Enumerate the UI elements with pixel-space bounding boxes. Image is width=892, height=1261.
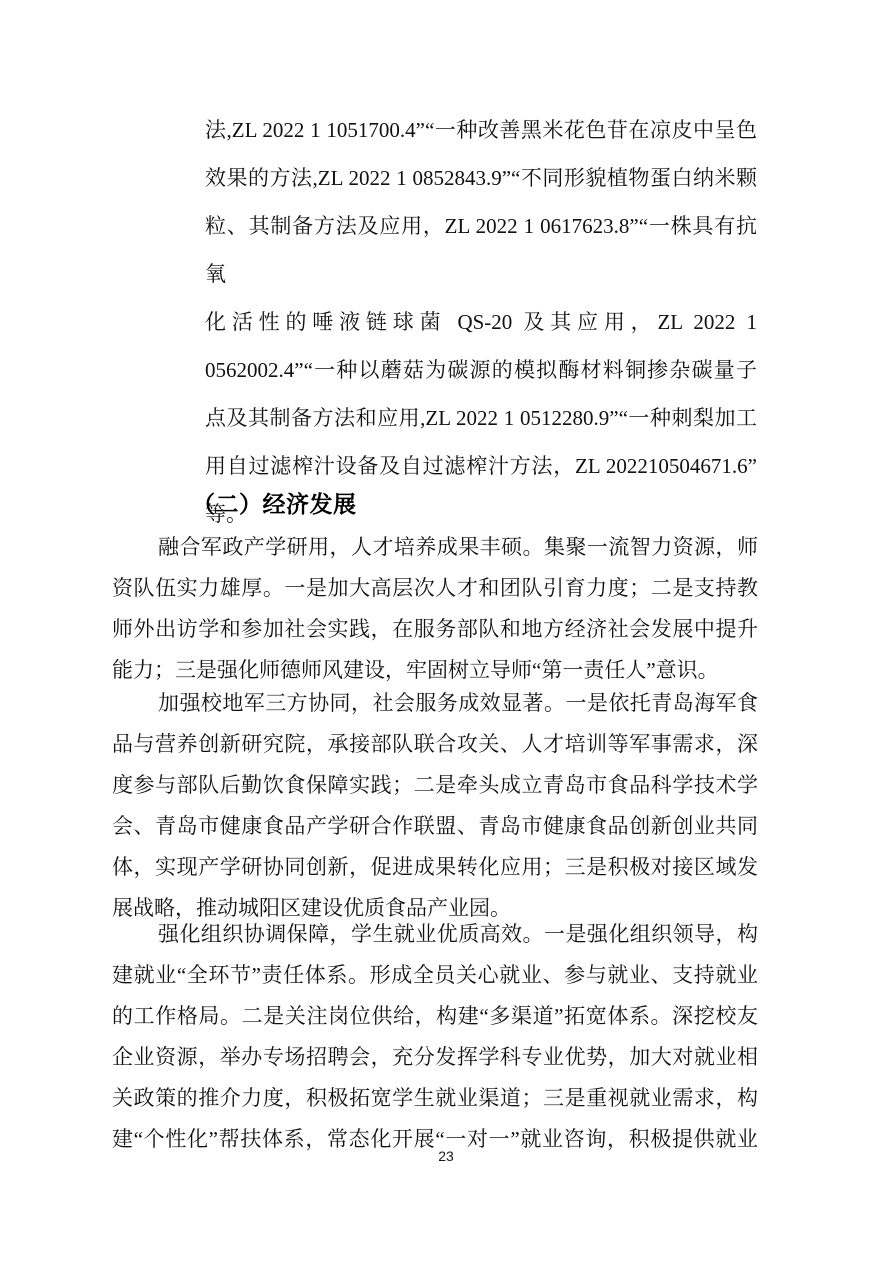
body-paragraph: 加强校地军三方协同，社会服务成效显著。一是依托青岛海军食 品与营养创新研究院，承…: [112, 683, 758, 929]
text-line: 加强校地军三方协同，社会服务成效显著。一是依托青岛海军食: [112, 683, 758, 724]
text-line: 会、青岛市健康食品产学研合作联盟、青岛市健康食品创新创业共同: [112, 806, 758, 847]
document-page: 法,ZL 2022 1 1051700.4”“一种改善黑米花色苷在凉皮中呈色 效…: [0, 0, 892, 1261]
text-line: 的工作格局。二是关注岗位供给，构建“多渠道”拓宽体系。深挖校友: [112, 996, 758, 1037]
text-line: 融合军政产学研用，人才培养成果丰硕。集聚一流智力资源，师: [112, 527, 758, 568]
text-line: 用自过滤榨汁设备及自过滤榨汁方法，ZL 202210504671.6”: [205, 442, 757, 490]
text-line: 关政策的推介力度，积极拓宽学生就业渠道；三是重视就业需求，构: [112, 1078, 758, 1119]
text-line: 化活性的唾液链球菌 QS-20 及其应用，ZL 2022 1: [205, 298, 757, 346]
body-paragraph: 强化组织协调保障，学生就业优质高效。一是强化组织领导，构 建就业“全环节”责任体…: [112, 914, 758, 1160]
text-line: 师外出访学和参加社会实践，在服务部队和地方经济社会发展中提升: [112, 609, 758, 650]
text-line: 体，实现产学研协同创新，促进成果转化应用；三是积极对接区域发: [112, 847, 758, 888]
text-line: 法,ZL 2022 1 1051700.4”“一种改善黑米花色苷在凉皮中呈色: [205, 106, 757, 154]
text-line: 企业资源，举办专场招聘会，充分发挥学科专业优势，加大对就业相: [112, 1037, 758, 1078]
body-paragraph: 融合军政产学研用，人才培养成果丰硕。集聚一流智力资源，师 资队伍实力雄厚。一是加…: [112, 527, 758, 691]
text-line: 品与营养创新研究院，承接部队联合攻关、人才培训等军事需求，深: [112, 724, 758, 765]
patent-list-paragraph: 法,ZL 2022 1 1051700.4”“一种改善黑米花色苷在凉皮中呈色 效…: [205, 106, 757, 538]
text-line: 强化组织协调保障，学生就业优质高效。一是强化组织领导，构: [112, 914, 758, 955]
page-number: 23: [0, 1146, 892, 1166]
text-line: 粒、其制备方法及应用，ZL 2022 1 0617623.8”“一株具有抗氧: [205, 202, 757, 298]
text-line: 效果的方法,ZL 2022 1 0852843.9”“不同形貌植物蛋白纳米颗: [205, 154, 757, 202]
section-heading: （二）经济发展: [192, 491, 357, 518]
text-line: 资队伍实力雄厚。一是加大高层次人才和团队引育力度；二是支持教: [112, 568, 758, 609]
text-line: 建就业“全环节”责任体系。形成全员关心就业、参与就业、支持就业: [112, 955, 758, 996]
text-line: 点及其制备方法和应用,ZL 2022 1 0512280.9”“一种刺梨加工: [205, 394, 757, 442]
text-line: 度参与部队后勤饮食保障实践；二是牵头成立青岛市食品科学技术学: [112, 765, 758, 806]
text-line: 0562002.4”“一种以蘑菇为碳源的模拟酶材料铜掺杂碳量子: [205, 346, 757, 394]
